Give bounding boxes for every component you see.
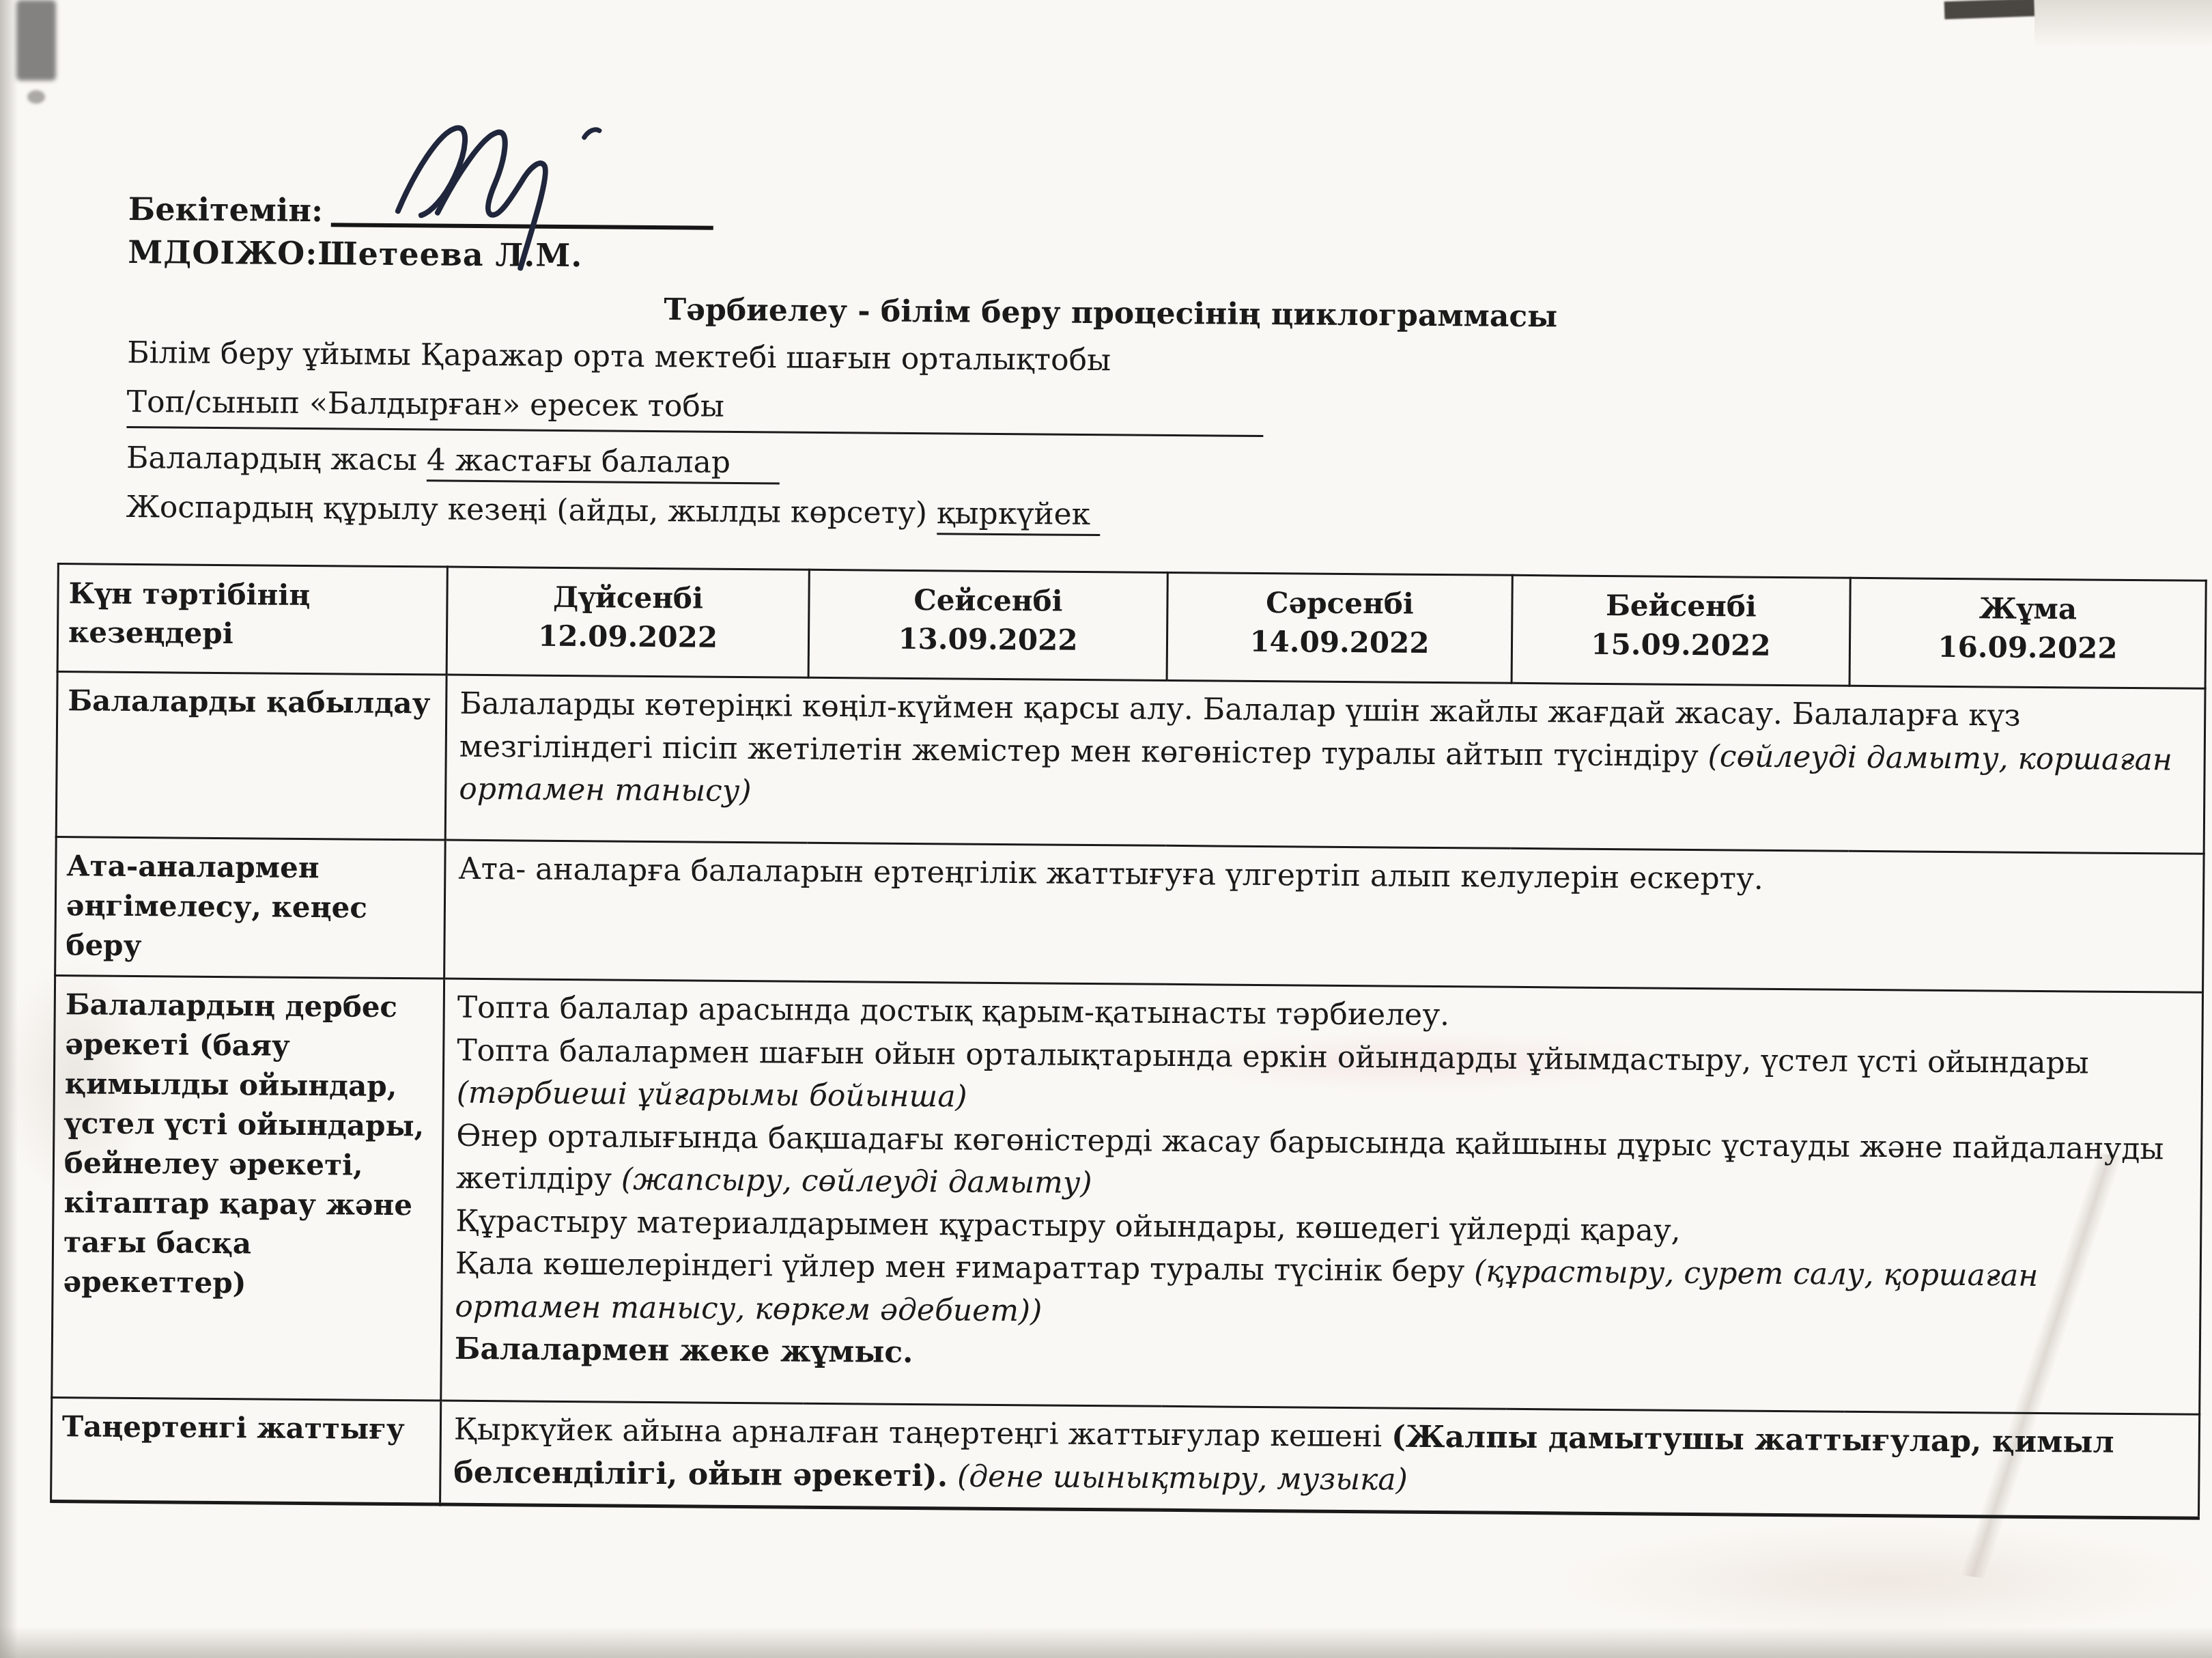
signature-handwriting-icon (379, 96, 626, 255)
day-name: Сейсенбі (814, 580, 1162, 622)
row-independent-activity: Балалардың дербес әрекеті (баяу қимылды … (52, 976, 2203, 1415)
age-label: Балалардың жасы (126, 440, 417, 477)
row-reception: Балаларды қабылдау Балаларды көтеріңкі к… (56, 672, 2205, 854)
cell-reception-content: Балаларды көтеріңкі көңіл-күймен қарсы а… (445, 675, 2205, 854)
header-tuesday: Сейсенбі 13.09.2022 (808, 570, 1167, 681)
header-wednesday: Сәрсенбі 14.09.2022 (1167, 573, 1512, 684)
signature-area (331, 172, 714, 229)
organization-line: Білім беру ұйымы Қаражар орта мектебі ша… (127, 334, 2211, 389)
row-label-reception: Балаларды қабылдау (56, 672, 446, 840)
group-line: Топ/сынып «Балдырған» ересек тобы (126, 383, 2210, 444)
header-monday: Дүйсенбі 12.09.2022 (446, 567, 809, 677)
text-segment-bold: Балалармен жеке жұмыс. (455, 1332, 913, 1370)
group-line-text: Топ/сынып «Балдырған» ересек тобы (126, 383, 1263, 436)
row-label-parent-talks: Ата-аналармен әңгімелесу, кеңес беру (55, 837, 446, 979)
row-label-morning-exercise: Таңертенгі жаттығу (51, 1398, 441, 1504)
cell-morning-exercise-content: Қыркүйек айына арналған таңертеңгі жатты… (440, 1401, 2200, 1518)
scan-edge-shadow (0, 1627, 2212, 1658)
text-segment-italic: (жапсыру, сөйлеуді дамыту) (621, 1162, 1092, 1200)
text-segment: Топта балалармен шағын ойын орталықтарын… (457, 1032, 2089, 1080)
document-title: Тәрбиелеу - білім беру процесінің циклог… (128, 288, 2094, 339)
approval-line: Бекітемін: (128, 157, 2212, 242)
header-period-column: Күн тәртібінің кезеңдері (57, 564, 447, 675)
day-name: Жұма (1855, 589, 2200, 630)
paragraph: Ата- аналарға балаларын ертеңгілік жатты… (458, 848, 2187, 904)
day-date: 13.09.2022 (814, 619, 1162, 661)
row-label-independent-activity: Балалардың дербес әрекеті (баяу қимылды … (52, 976, 444, 1401)
header-friday: Жұма 16.09.2022 (1849, 578, 2206, 688)
approval-label: Бекітемін: (128, 193, 323, 227)
document-body: Бекітемін: МДОІЖО:Шетеева Л.М. Тәрбиелеу… (0, 0, 2212, 1520)
day-name: Сәрсенбі (1172, 583, 1507, 625)
paragraph: Топта балалармен шағын ойын орталықтарын… (457, 1029, 2187, 1128)
day-name: Бейсенбі (1517, 586, 1845, 627)
paragraph: Қыркүйек айына арналған таңертеңгі жатты… (453, 1409, 2183, 1508)
row-morning-exercise: Таңертенгі жаттығу Қыркүйек айына арналғ… (51, 1398, 2200, 1519)
age-line: Балалардың жасы 4 жастағы балалар (126, 439, 2210, 494)
paragraph: Балаларды көтеріңкі көңіл-күймен қарсы а… (459, 683, 2189, 824)
text-segment: Қала көшелеріндегі үйлер мен ғимараттар … (455, 1246, 1475, 1289)
text-segment: Қыркүйек айына арналған таңертеңгі жатты… (454, 1412, 1392, 1455)
age-value: 4 жастағы балалар (427, 442, 780, 484)
scanned-document-page: Бекітемін: МДОІЖО:Шетеева Л.М. Тәрбиелеу… (0, 0, 2212, 1658)
scan-smudge (1557, 1523, 2212, 1639)
text-segment: Құрастыру материалдарымен құрастыру ойын… (455, 1203, 1681, 1248)
row-parent-talks: Ата-аналармен әңгімелесу, кеңес беру Ата… (55, 837, 2204, 993)
day-name: Дүйсенбі (452, 578, 804, 619)
day-date: 14.09.2022 (1172, 622, 1507, 664)
period-label: Жоспардың құрылу кезеңі (айды, жылды көр… (126, 490, 937, 531)
paragraph: Қала көшелеріндегі үйлер мен ғимараттар … (455, 1243, 2185, 1342)
cell-parent-talks-content: Ата- аналарға балаларын ертеңгілік жатты… (444, 840, 2204, 992)
text-segment: Ата- аналарға балаларын ертеңгілік жатты… (458, 852, 1763, 897)
day-date: 15.09.2022 (1517, 625, 1845, 666)
table-header-row: Күн тәртібінің кезеңдері Дүйсенбі 12.09.… (57, 564, 2206, 689)
text-segment-italic: (тәрбиеші ұйғарымы бойынша) (457, 1076, 967, 1114)
paragraph: Өнер орталығында бақшадағы көгөністерді … (456, 1114, 2186, 1213)
cyclogram-table: Күн тәртібінің кезеңдері Дүйсенбі 12.09.… (50, 563, 2207, 1520)
header-thursday: Бейсенбі 15.09.2022 (1512, 576, 1850, 686)
text-segment-italic: (дене шынықтыру, музыка) (948, 1459, 1408, 1497)
text-segment: Топта балалар арасында достық қарым-қаты… (457, 990, 1450, 1032)
period-line: Жоспардың құрылу кезеңі (айды, жылды көр… (126, 488, 2209, 543)
header-period-label: Күн тәртібінің кезеңдері (68, 574, 369, 654)
day-date: 12.09.2022 (452, 617, 804, 658)
period-value: қыркүйек (937, 496, 1101, 536)
cell-independent-activity-content: Топта балалар арасында достық қарым-қаты… (441, 979, 2203, 1414)
day-date: 16.09.2022 (1855, 628, 2200, 669)
